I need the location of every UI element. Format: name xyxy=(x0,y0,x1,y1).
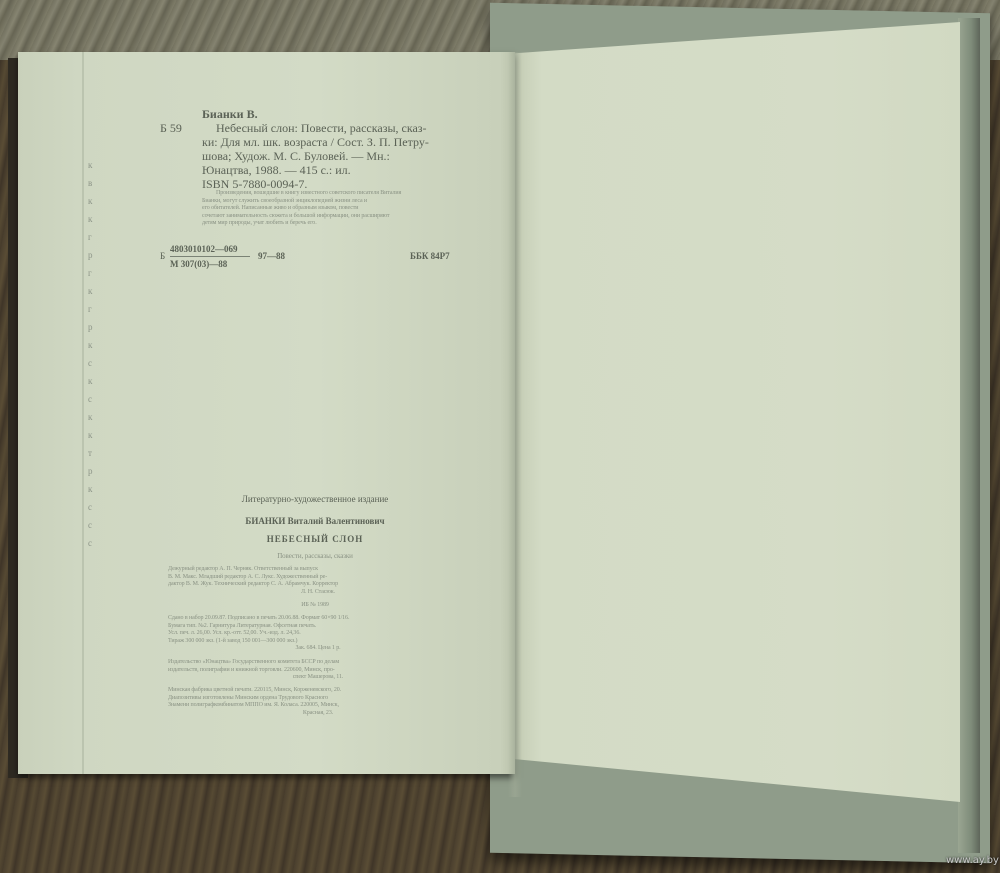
catalog-author: Бианки В. xyxy=(202,107,258,121)
left-page-imprint: квккгргкгркскскктркссс Бианки В. Б 59 Не… xyxy=(18,52,515,774)
catalog-annotation: Произведения, вошедшие в книгу известног… xyxy=(202,190,472,228)
margin-mark: с xyxy=(88,538,100,548)
margin-mark: к xyxy=(88,376,100,386)
margin-mark: с xyxy=(88,394,100,404)
book-subtitle: Повести, рассказы, сказки xyxy=(160,553,470,561)
margin-mark: р xyxy=(88,322,100,332)
right-page-blank xyxy=(515,22,960,802)
classification-prefix: Б xyxy=(160,251,165,262)
margin-mark: т xyxy=(88,448,100,458)
margin-mark: к xyxy=(88,196,100,206)
margin-mark: г xyxy=(88,304,100,314)
book-cover-edge-right xyxy=(958,18,980,853)
credits: Дежурный редактор А. П. Черняк. Ответств… xyxy=(168,566,468,596)
classification-side: 97—88 xyxy=(258,251,285,262)
margin-mark: к xyxy=(88,340,100,350)
margin-mark: с xyxy=(88,520,100,530)
catalog-index: Б 59 xyxy=(160,121,182,135)
margin-mark: к xyxy=(88,484,100,494)
page-stack-line xyxy=(82,52,84,774)
author-full: БИАНКИ Виталий Валентинович xyxy=(160,516,470,527)
margin-mark: г xyxy=(88,232,100,242)
margin-mark: р xyxy=(88,250,100,260)
margin-mark: к xyxy=(88,430,100,440)
classification-bottom: М 307(03)—88 xyxy=(170,259,227,270)
classification-top: 4803010102—069 xyxy=(170,244,238,255)
print-details: Сдано в набор 20.09.87. Подписано в печа… xyxy=(168,615,468,653)
license-number: ИБ № 1989 xyxy=(160,602,470,610)
classification-rule xyxy=(170,256,250,257)
margin-mark: с xyxy=(88,358,100,368)
catalog-description: Небесный слон: Повести, рассказы, сказ- … xyxy=(202,121,472,191)
printer-info: Минская фабрика цветной печати. 220115, … xyxy=(168,687,468,717)
margin-mark: р xyxy=(88,466,100,476)
margin-mark: г xyxy=(88,268,100,278)
bbk-code: ББК 84Р7 xyxy=(410,251,450,262)
watermark: www.ay.by xyxy=(946,855,999,866)
book-title: НЕБЕСНЫЙ СЛОН xyxy=(160,534,470,545)
book-gutter xyxy=(508,52,522,797)
margin-mark: в xyxy=(88,178,100,188)
margin-marks: квккгргкгркскскктркссс xyxy=(88,160,100,660)
margin-mark: к xyxy=(88,214,100,224)
margin-mark: к xyxy=(88,160,100,170)
margin-mark: к xyxy=(88,286,100,296)
margin-mark: с xyxy=(88,502,100,512)
margin-mark: к xyxy=(88,412,100,422)
publisher-info: Издательство «Юнацтва» Государственного … xyxy=(168,659,468,682)
edition-type: Литературно-художественное издание xyxy=(160,494,470,505)
